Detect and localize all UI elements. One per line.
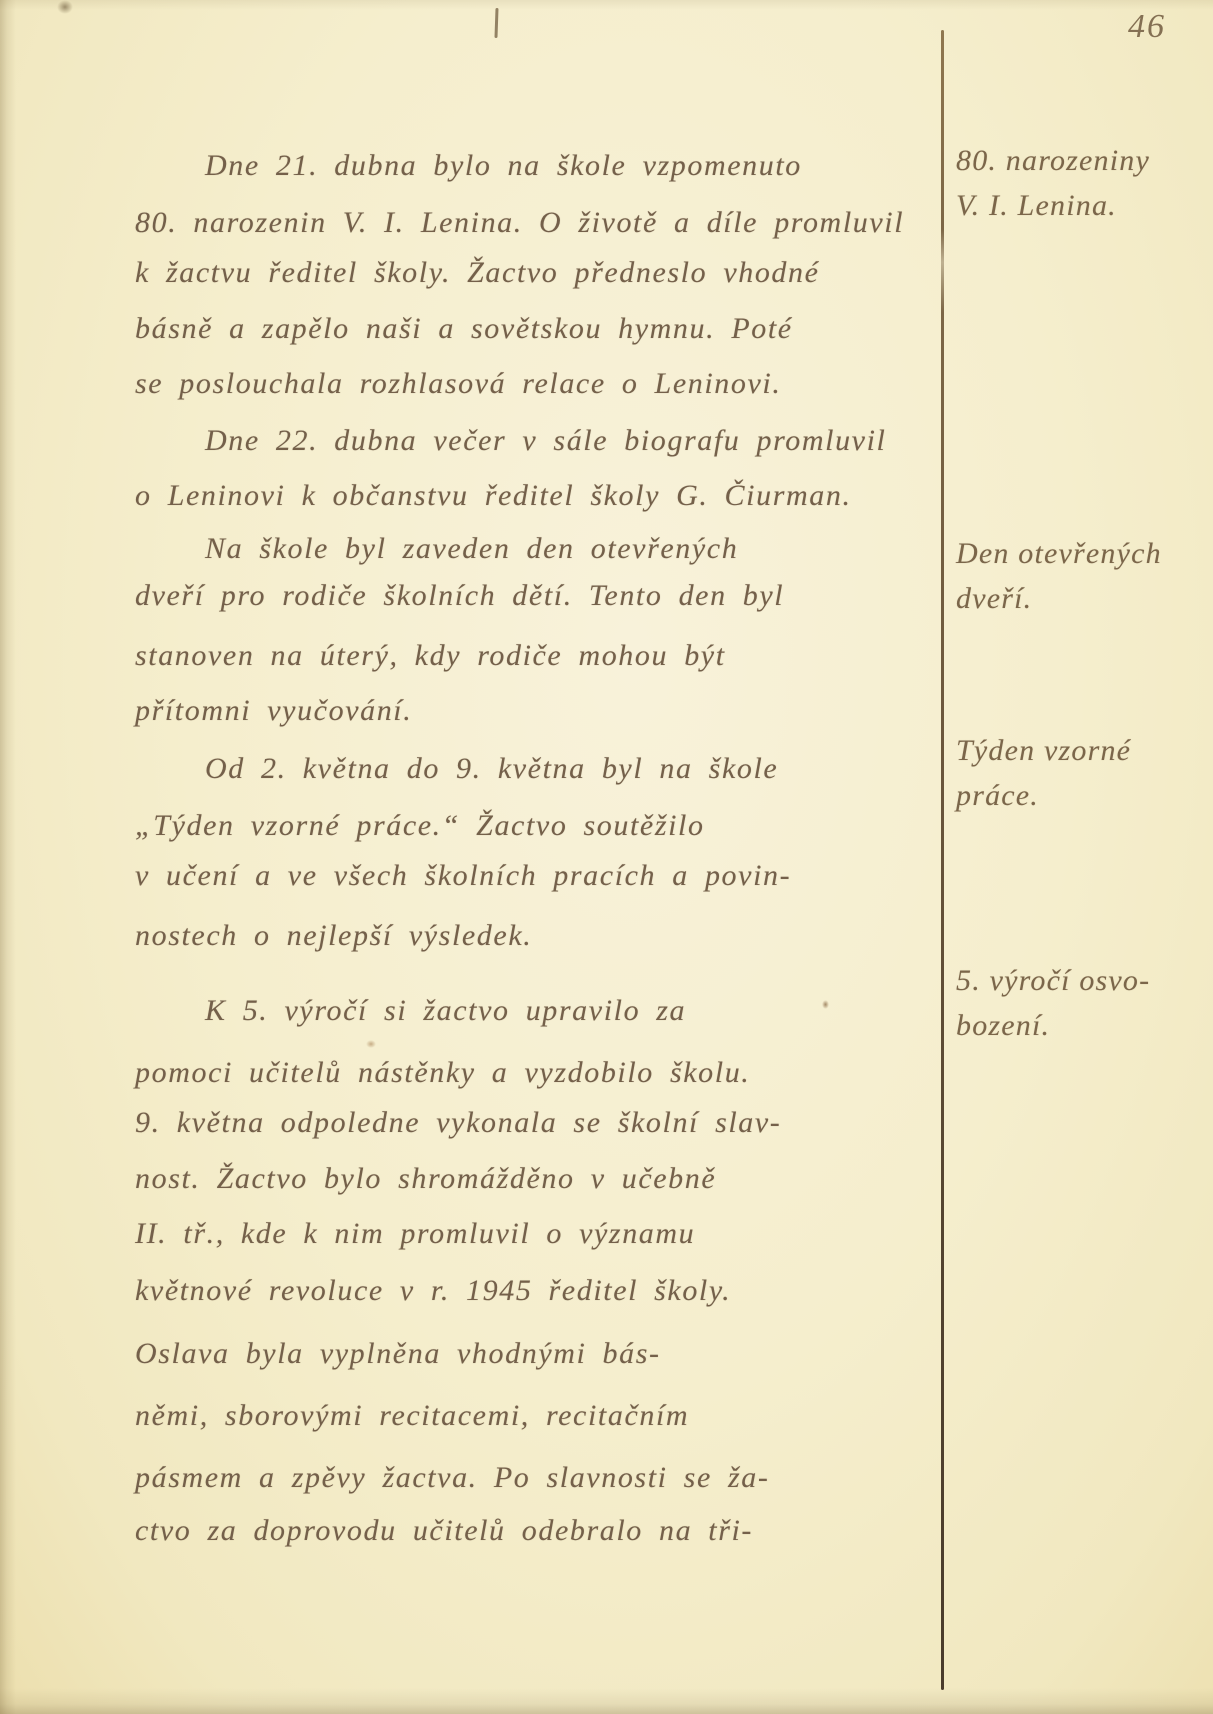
margin-note-line: práce. (956, 773, 1206, 818)
margin-note-line: bození. (956, 1003, 1206, 1048)
margin-note-line: Týden vzorné (956, 728, 1206, 773)
handwritten-line: pomoci učitelů nástěnky a vyzdobilo škol… (135, 1056, 750, 1090)
handwritten-line: němi, sborovými recitacemi, recitačním (135, 1399, 689, 1433)
margin-note-line: 5. výročí osvo- (956, 958, 1206, 1003)
margin-note-line: dveří. (956, 576, 1206, 621)
handwritten-line: 9. května odpoledne vykonala se školní s… (135, 1106, 781, 1140)
handwritten-line: básně a zapělo naši a sovětskou hymnu. P… (135, 312, 793, 346)
handwritten-line: ctvo za doprovodu učitelů odebralo na tř… (135, 1514, 753, 1548)
handwritten-line: dveří pro rodiče školních dětí. Tento de… (135, 579, 784, 613)
handwritten-line: Dne 21. dubna bylo na škole vzpomenuto (135, 149, 802, 183)
handwritten-line: se poslouchala rozhlasová relace o Lenin… (135, 367, 781, 401)
chronicle-page: 46 Dne 21. dubna bylo na škole vzpomenut… (0, 0, 1213, 1714)
margin-note: Týden vzornépráce. (956, 728, 1206, 818)
handwritten-line: 80. narozenin V. I. Lenina. O životě a d… (135, 206, 904, 240)
handwritten-line: o Leninovi k občanstvu ředitel školy G. … (135, 479, 852, 513)
margin-note: 5. výročí osvo-bození. (956, 958, 1206, 1048)
margin-note-line: Den otevřených (956, 531, 1206, 576)
handwritten-line: v učení a ve všech školních pracích a po… (135, 859, 791, 893)
margin-note: Den otevřenýchdveří. (956, 531, 1206, 621)
handwritten-line: pásmem a zpěvy žactva. Po slavnosti se ž… (135, 1461, 769, 1495)
margin-note-line: V. I. Lenina. (956, 183, 1206, 228)
handwritten-line: K 5. výročí si žactvo upravilo za (135, 994, 686, 1028)
margin-note: 80. narozeninyV. I. Lenina. (956, 138, 1206, 228)
handwritten-line: Od 2. května do 9. května byl na škole (135, 752, 778, 786)
handwritten-line: Dne 22. dubna večer v sále biografu prom… (135, 424, 886, 458)
handwritten-line: „Týden vzorné práce.“ Žactvo soutěžilo (135, 809, 705, 843)
handwritten-line: Na škole byl zaveden den otevřených (135, 532, 738, 566)
handwritten-line: přítomni vyučování. (135, 694, 412, 728)
handwritten-line: Oslava byla vyplněna vhodnými bás- (135, 1337, 661, 1371)
body-text: Dne 21. dubna bylo na škole vzpomenuto80… (0, 0, 1213, 1714)
handwritten-line: květnové revoluce v r. 1945 ředitel škol… (135, 1274, 731, 1308)
margin-note-line: 80. narozeniny (956, 138, 1206, 183)
handwritten-line: k žactvu ředitel školy. Žactvo předneslo… (135, 256, 820, 290)
handwritten-line: II. tř., kde k nim promluvil o významu (135, 1217, 695, 1251)
handwritten-line: nost. Žactvo bylo shromážděno v učebně (135, 1162, 716, 1196)
handwritten-line: nostech o nejlepší výsledek. (135, 919, 532, 953)
handwritten-line: stanoven na úterý, kdy rodiče mohou být (135, 639, 726, 673)
